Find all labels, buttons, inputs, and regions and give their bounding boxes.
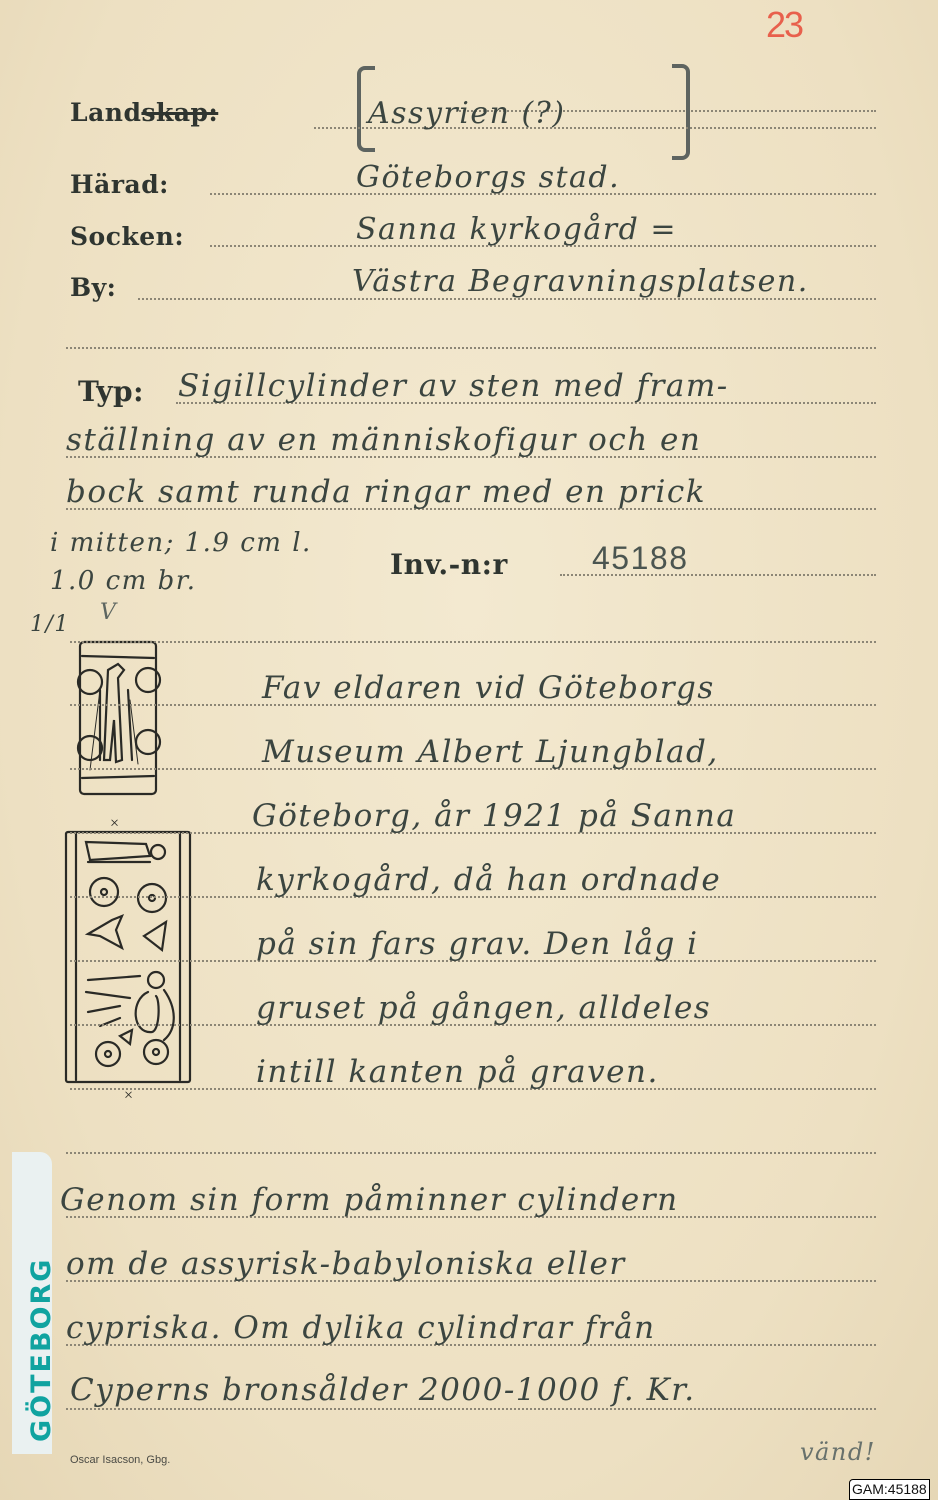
typ-line-2: ställning av en människofigur och en — [66, 422, 701, 458]
remark-line-4: Cyperns bronsålder 2000-1000 f. Kr. — [70, 1372, 696, 1408]
printer-imprint: Oscar Isacson, Gbg. — [70, 1454, 170, 1466]
struck-label-text: skap: — [141, 98, 218, 127]
remark-line-3: cypriska. Om dylika cylindrar från — [66, 1310, 656, 1346]
field-value-harad: Göteborgs stad. — [356, 160, 620, 195]
field-label-harad: Härad: — [70, 170, 169, 199]
page-number: 23 — [766, 4, 802, 46]
tick-mark: V — [100, 600, 117, 625]
dotted-line — [66, 347, 876, 349]
inventory-label: Inv.-n:r — [390, 548, 508, 581]
label-text: Land — [70, 98, 141, 127]
typ-line-5: 1.0 cm br. — [50, 566, 197, 596]
remark-line-1: Genom sin form påminner cylindern — [60, 1182, 679, 1218]
inventory-number: 45188 — [592, 540, 688, 577]
typ-line-4: i mitten; 1.9 cm l. — [50, 528, 312, 558]
field-label-by: By: — [70, 273, 116, 302]
field-value-landskap: Assyrien (?) — [368, 96, 565, 131]
field-label-socken: Socken: — [70, 222, 184, 251]
typ-label: Typ: — [78, 375, 144, 408]
dotted-line — [66, 1152, 876, 1154]
typ-line-1: Sigillcylinder av sten med fram- — [178, 368, 729, 404]
find-note-line-5: på sin fars grav. Den låg i — [256, 926, 699, 962]
field-value-socken: Sanna kyrkogård = — [356, 212, 677, 247]
catalog-id-label: GAM:45188 — [849, 1479, 930, 1500]
find-note-line-1: Fav eldaren vid Göteborgs — [262, 670, 715, 706]
bracket-right — [672, 64, 690, 160]
find-note-line-4: kyrkogård, då han ordnade — [256, 862, 721, 898]
find-note-line-3: Göteborg, år 1921 på Sanna — [252, 798, 736, 834]
turn-over-note: vänd! — [800, 1438, 876, 1466]
find-note-line-6: gruset på gången, alldeles — [256, 990, 711, 1026]
sticker-label: GÖTEBORG — [26, 1258, 57, 1442]
remark-line-2: om de assyrisk-babyloniska eller — [66, 1246, 626, 1282]
mark-x: × — [110, 815, 119, 832]
dotted-line — [70, 641, 876, 643]
find-note-line-2: Museum Albert Ljungblad, — [262, 734, 719, 770]
dotted-line — [66, 1408, 876, 1410]
field-label-landskap: Landskap: — [70, 98, 218, 127]
find-note-line-7: intill kanten på graven. — [256, 1054, 659, 1090]
field-value-by: Västra Begravningsplatsen. — [352, 264, 809, 299]
typ-line-3: bock samt runda ringar med en prick — [66, 474, 706, 510]
